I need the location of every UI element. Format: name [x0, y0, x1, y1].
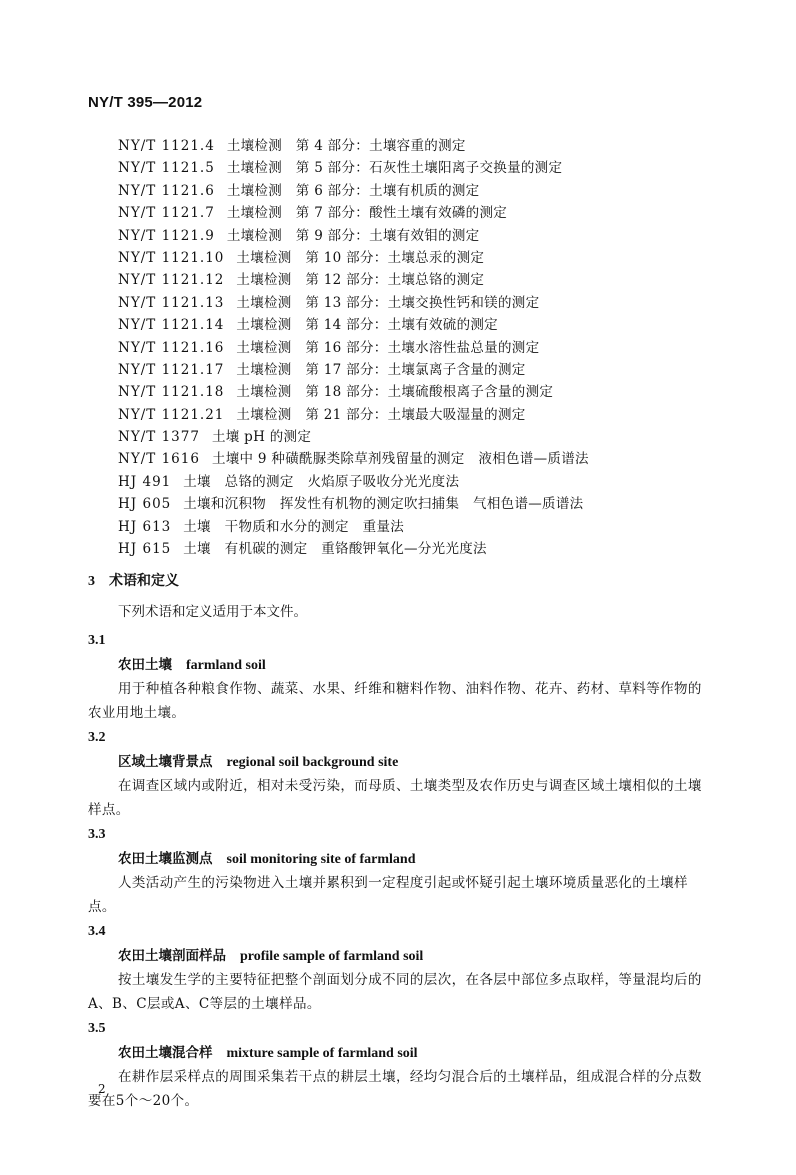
reference-item: HJ 613土壤 干物质和水分的测定 重量法 — [118, 516, 589, 538]
reference-item: NY/T 1377土壤 pH 的测定 — [118, 426, 589, 448]
reference-title: 土壤检测 第 21 部分：土壤最大吸湿量的测定 — [236, 407, 525, 423]
reference-title: 土壤 干物质和水分的测定 重量法 — [183, 519, 404, 535]
document-code-header: NY/T 395—2012 — [88, 94, 202, 111]
term-en: regional soil background site — [227, 755, 399, 770]
term-zh: 农田土壤剖面样品 — [118, 948, 226, 964]
reference-code: NY/T 1121.21 — [118, 404, 224, 426]
term-definition: 人类活动产生的污染物进入土壤并累积到一定程度引起或怀疑引起土壤环境质量恶化的土壤… — [88, 871, 708, 919]
reference-title: 土壤检测 第 14 部分：土壤有效硫的测定 — [236, 317, 498, 333]
reference-code: NY/T 1616 — [118, 448, 200, 470]
reference-title: 土壤检测 第 17 部分：土壤氯离子含量的测定 — [236, 362, 525, 378]
reference-code: HJ 605 — [118, 493, 171, 515]
reference-code: NY/T 1121.9 — [118, 225, 215, 247]
term-number: 3.3 — [88, 822, 708, 847]
reference-title: 土壤检测 第 6 部分：土壤有机质的测定 — [227, 183, 480, 199]
reference-title: 土壤中 9 种磺酰脲类除草剂残留量的测定 液相色谱—质谱法 — [212, 451, 589, 467]
reference-title: 土壤检测 第 4 部分：土壤容重的测定 — [227, 138, 466, 154]
reference-code: NY/T 1121.18 — [118, 381, 224, 403]
reference-code: NY/T 1121.14 — [118, 314, 224, 336]
term-definition: 在调查区域内或附近，相对未受污染，而母质、土壤类型及农作历史与调查区域土壤相似的… — [88, 774, 708, 822]
term-zh: 农田土壤 — [118, 657, 172, 673]
reference-code: NY/T 1121.4 — [118, 135, 215, 157]
reference-code: NY/T 1121.7 — [118, 202, 215, 224]
term-zh: 农田土壤混合样 — [118, 1045, 213, 1061]
term-entry: 3.4 农田土壤剖面样品profile sample of farmland s… — [88, 919, 708, 1016]
section-intro: 下列术语和定义适用于本文件。 — [118, 600, 307, 620]
reference-title: 土壤检测 第 18 部分：土壤硫酸根离子含量的测定 — [236, 384, 553, 400]
reference-item: NY/T 1121.4土壤检测 第 4 部分：土壤容重的测定 — [118, 135, 589, 157]
term-heading: 农田土壤剖面样品profile sample of farmland soil — [88, 944, 708, 968]
reference-code: HJ 615 — [118, 538, 171, 560]
normative-references-list: NY/T 1121.4土壤检测 第 4 部分：土壤容重的测定 NY/T 1121… — [118, 135, 589, 560]
term-en: soil monitoring site of farmland — [227, 852, 416, 867]
reference-title: 土壤检测 第 5 部分：石灰性土壤阳离子交换量的测定 — [227, 160, 562, 176]
reference-code: NY/T 1121.12 — [118, 269, 224, 291]
reference-item: NY/T 1121.9土壤检测 第 9 部分：土壤有效钼的测定 — [118, 225, 589, 247]
reference-title: 土壤检测 第 9 部分：土壤有效钼的测定 — [227, 228, 480, 244]
section-title: 术语和定义 — [109, 573, 179, 589]
reference-code: NY/T 1121.10 — [118, 247, 224, 269]
term-heading: 农田土壤farmland soil — [88, 653, 708, 677]
reference-code: NY/T 1121.6 — [118, 180, 215, 202]
reference-item: NY/T 1121.17土壤检测 第 17 部分：土壤氯离子含量的测定 — [118, 359, 589, 381]
term-zh: 区域土壤背景点 — [118, 754, 213, 770]
reference-item: NY/T 1121.10土壤检测 第 10 部分：土壤总汞的测定 — [118, 247, 589, 269]
reference-item: NY/T 1121.21土壤检测 第 21 部分：土壤最大吸湿量的测定 — [118, 404, 589, 426]
section-number: 3 — [88, 574, 95, 589]
term-heading: 区域土壤背景点regional soil background site — [88, 750, 708, 774]
terms-list: 3.1 农田土壤farmland soil 用于种植各种粮食作物、蔬菜、水果、纤… — [88, 628, 708, 1113]
term-entry: 3.2 区域土壤背景点regional soil background site… — [88, 725, 708, 822]
reference-item: HJ 605土壤和沉积物 挥发性有机物的测定吹扫捕集 气相色谱—质谱法 — [118, 493, 589, 515]
reference-item: NY/T 1121.13土壤检测 第 13 部分：土壤交换性钙和镁的测定 — [118, 292, 589, 314]
reference-item: NY/T 1121.7土壤检测 第 7 部分：酸性土壤有效磷的测定 — [118, 202, 589, 224]
reference-code: HJ 613 — [118, 516, 171, 538]
reference-code: NY/T 1377 — [118, 426, 200, 448]
reference-item: NY/T 1121.6土壤检测 第 6 部分：土壤有机质的测定 — [118, 180, 589, 202]
reference-title: 土壤检测 第 12 部分：土壤总铬的测定 — [236, 272, 484, 288]
term-number: 3.1 — [88, 628, 708, 653]
reference-title: 土壤 总铬的测定 火焰原子吸收分光光度法 — [183, 474, 459, 490]
reference-code: NY/T 1121.17 — [118, 359, 224, 381]
term-number: 3.2 — [88, 725, 708, 750]
term-en: farmland soil — [186, 658, 266, 673]
reference-title: 土壤检测 第 13 部分：土壤交换性钙和镁的测定 — [236, 295, 539, 311]
reference-item: NY/T 1121.14土壤检测 第 14 部分：土壤有效硫的测定 — [118, 314, 589, 336]
reference-item: NY/T 1121.16土壤检测 第 16 部分：土壤水溶性盐总量的测定 — [118, 337, 589, 359]
reference-title: 土壤检测 第 16 部分：土壤水溶性盐总量的测定 — [236, 340, 539, 356]
reference-item: HJ 615土壤 有机碳的测定 重铬酸钾氧化—分光光度法 — [118, 538, 589, 560]
term-definition: 按土壤发生学的主要特征把整个剖面划分成不同的层次，在各层中部位多点取样，等量混均… — [88, 968, 708, 1016]
term-heading: 农田土壤监测点soil monitoring site of farmland — [88, 847, 708, 871]
reference-item: NY/T 1616土壤中 9 种磺酰脲类除草剂残留量的测定 液相色谱—质谱法 — [118, 448, 589, 470]
term-definition: 在耕作层采样点的周围采集若干点的耕层土壤，经均匀混合后的土壤样品，组成混合样的分… — [88, 1065, 708, 1113]
reference-code: NY/T 1121.16 — [118, 337, 224, 359]
page-number: 2 — [98, 1082, 106, 1096]
reference-title: 土壤 有机碳的测定 重铬酸钾氧化—分光光度法 — [183, 541, 487, 557]
reference-title: 土壤检测 第 7 部分：酸性土壤有效磷的测定 — [227, 205, 507, 221]
term-zh: 农田土壤监测点 — [118, 851, 213, 867]
reference-title: 土壤检测 第 10 部分：土壤总汞的测定 — [236, 250, 484, 266]
term-en: profile sample of farmland soil — [240, 949, 423, 964]
term-number: 3.5 — [88, 1016, 708, 1041]
reference-item: NY/T 1121.12土壤检测 第 12 部分：土壤总铬的测定 — [118, 269, 589, 291]
reference-title: 土壤 pH 的测定 — [212, 429, 311, 445]
term-number: 3.4 — [88, 919, 708, 944]
reference-code: NY/T 1121.13 — [118, 292, 224, 314]
term-entry: 3.5 农田土壤混合样mixture sample of farmland so… — [88, 1016, 708, 1113]
reference-item: NY/T 1121.5土壤检测 第 5 部分：石灰性土壤阳离子交换量的测定 — [118, 157, 589, 179]
section-heading: 3术语和定义 — [88, 570, 179, 590]
term-entry: 3.3 农田土壤监测点soil monitoring site of farml… — [88, 822, 708, 919]
reference-item: HJ 491土壤 总铬的测定 火焰原子吸收分光光度法 — [118, 471, 589, 493]
reference-title: 土壤和沉积物 挥发性有机物的测定吹扫捕集 气相色谱—质谱法 — [183, 496, 583, 512]
term-heading: 农田土壤混合样mixture sample of farmland soil — [88, 1041, 708, 1065]
reference-item: NY/T 1121.18土壤检测 第 18 部分：土壤硫酸根离子含量的测定 — [118, 381, 589, 403]
reference-code: NY/T 1121.5 — [118, 157, 215, 179]
reference-code: HJ 491 — [118, 471, 171, 493]
term-definition: 用于种植各种粮食作物、蔬菜、水果、纤维和糖料作物、油料作物、花卉、药材、草料等作… — [88, 677, 708, 725]
term-entry: 3.1 农田土壤farmland soil 用于种植各种粮食作物、蔬菜、水果、纤… — [88, 628, 708, 725]
term-en: mixture sample of farmland soil — [227, 1046, 418, 1061]
